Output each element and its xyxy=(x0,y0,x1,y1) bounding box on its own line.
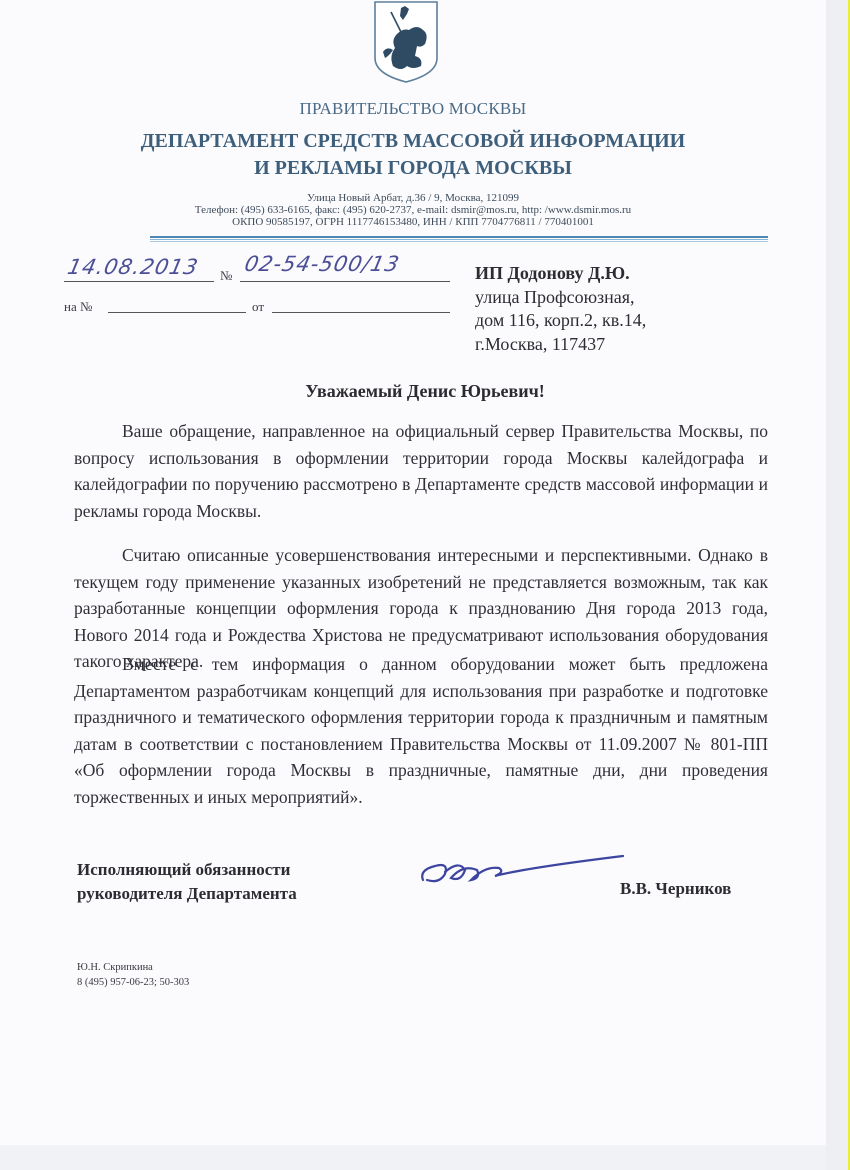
body-paragraph: Ваше обращение, направленное на официаль… xyxy=(74,418,768,524)
date-underline xyxy=(64,281,214,282)
from-label: от xyxy=(252,299,264,315)
signer-title-line2: руководителя Департамента xyxy=(77,882,297,906)
reply-to-label: на № xyxy=(64,299,92,315)
handwritten-number: 02-54-500/13 xyxy=(242,252,402,276)
body-paragraph-text: Вместе с тем информация о данном оборудо… xyxy=(74,651,768,810)
scan-edge-strip xyxy=(826,0,848,1170)
recipient-block: ИП Додонову Д.Ю. улица Профсоюзная, дом … xyxy=(475,262,646,356)
executor-name: Ю.Н. Скрипкина xyxy=(77,960,189,975)
letterhead-rule-thin-2 xyxy=(150,241,768,242)
body-paragraph-text: Ваше обращение, направленное на официаль… xyxy=(74,418,768,524)
moscow-coat-of-arms-icon xyxy=(373,0,439,84)
department-contacts: Телефон: (495) 633-6165, факс: (495) 620… xyxy=(0,204,826,216)
signer-title-line1: Исполняющий обязанности xyxy=(77,858,297,882)
handwritten-date: 14.08.2013 xyxy=(65,255,200,279)
body-paragraph: Вместе с тем информация о данном оборудо… xyxy=(74,651,768,810)
reply-to-underline xyxy=(108,312,246,313)
letterhead-rule-thin xyxy=(150,239,768,240)
signer-title: Исполняющий обязанности руководителя Деп… xyxy=(77,858,297,906)
letter-page: ПРАВИТЕЛЬСТВО МОСКВЫ ДЕПАРТАМЕНТ СРЕДСТВ… xyxy=(0,0,826,1145)
scan-bottom-strip xyxy=(0,1145,826,1170)
department-address: Улица Новый Арбат, д.36 / 9, Москва, 121… xyxy=(0,192,826,204)
salutation: Уважаемый Денис Юрьевич! xyxy=(0,381,850,402)
handwritten-signature-icon xyxy=(415,850,630,892)
recipient-name: ИП Додонову Д.Ю. xyxy=(475,262,646,286)
executor-phone: 8 (495) 957-06-23; 50-303 xyxy=(77,975,189,990)
number-underline xyxy=(240,281,450,282)
number-label: № xyxy=(220,268,232,284)
from-underline xyxy=(272,312,450,313)
government-title: ПРАВИТЕЛЬСТВО МОСКВЫ xyxy=(0,99,826,119)
department-codes: ОКПО 90585197, ОГРН 1117746153480, ИНН /… xyxy=(0,216,826,228)
executor-block: Ю.Н. Скрипкина 8 (495) 957-06-23; 50-303 xyxy=(77,960,189,990)
department-title-line2: И РЕКЛАМЫ ГОРОДА МОСКВЫ xyxy=(0,157,826,180)
department-title-line1: ДЕПАРТАМЕНТ СРЕДСТВ МАССОВОЙ ИНФОРМАЦИИ xyxy=(0,130,826,153)
signer-name: В.В. Черников xyxy=(620,879,731,899)
recipient-address-line: дом 116, корп.2, кв.14, xyxy=(475,309,646,333)
letterhead-rule xyxy=(150,236,768,238)
recipient-address-line: г.Москва, 117437 xyxy=(475,333,646,357)
recipient-address-line: улица Профсоюзная, xyxy=(475,286,646,310)
